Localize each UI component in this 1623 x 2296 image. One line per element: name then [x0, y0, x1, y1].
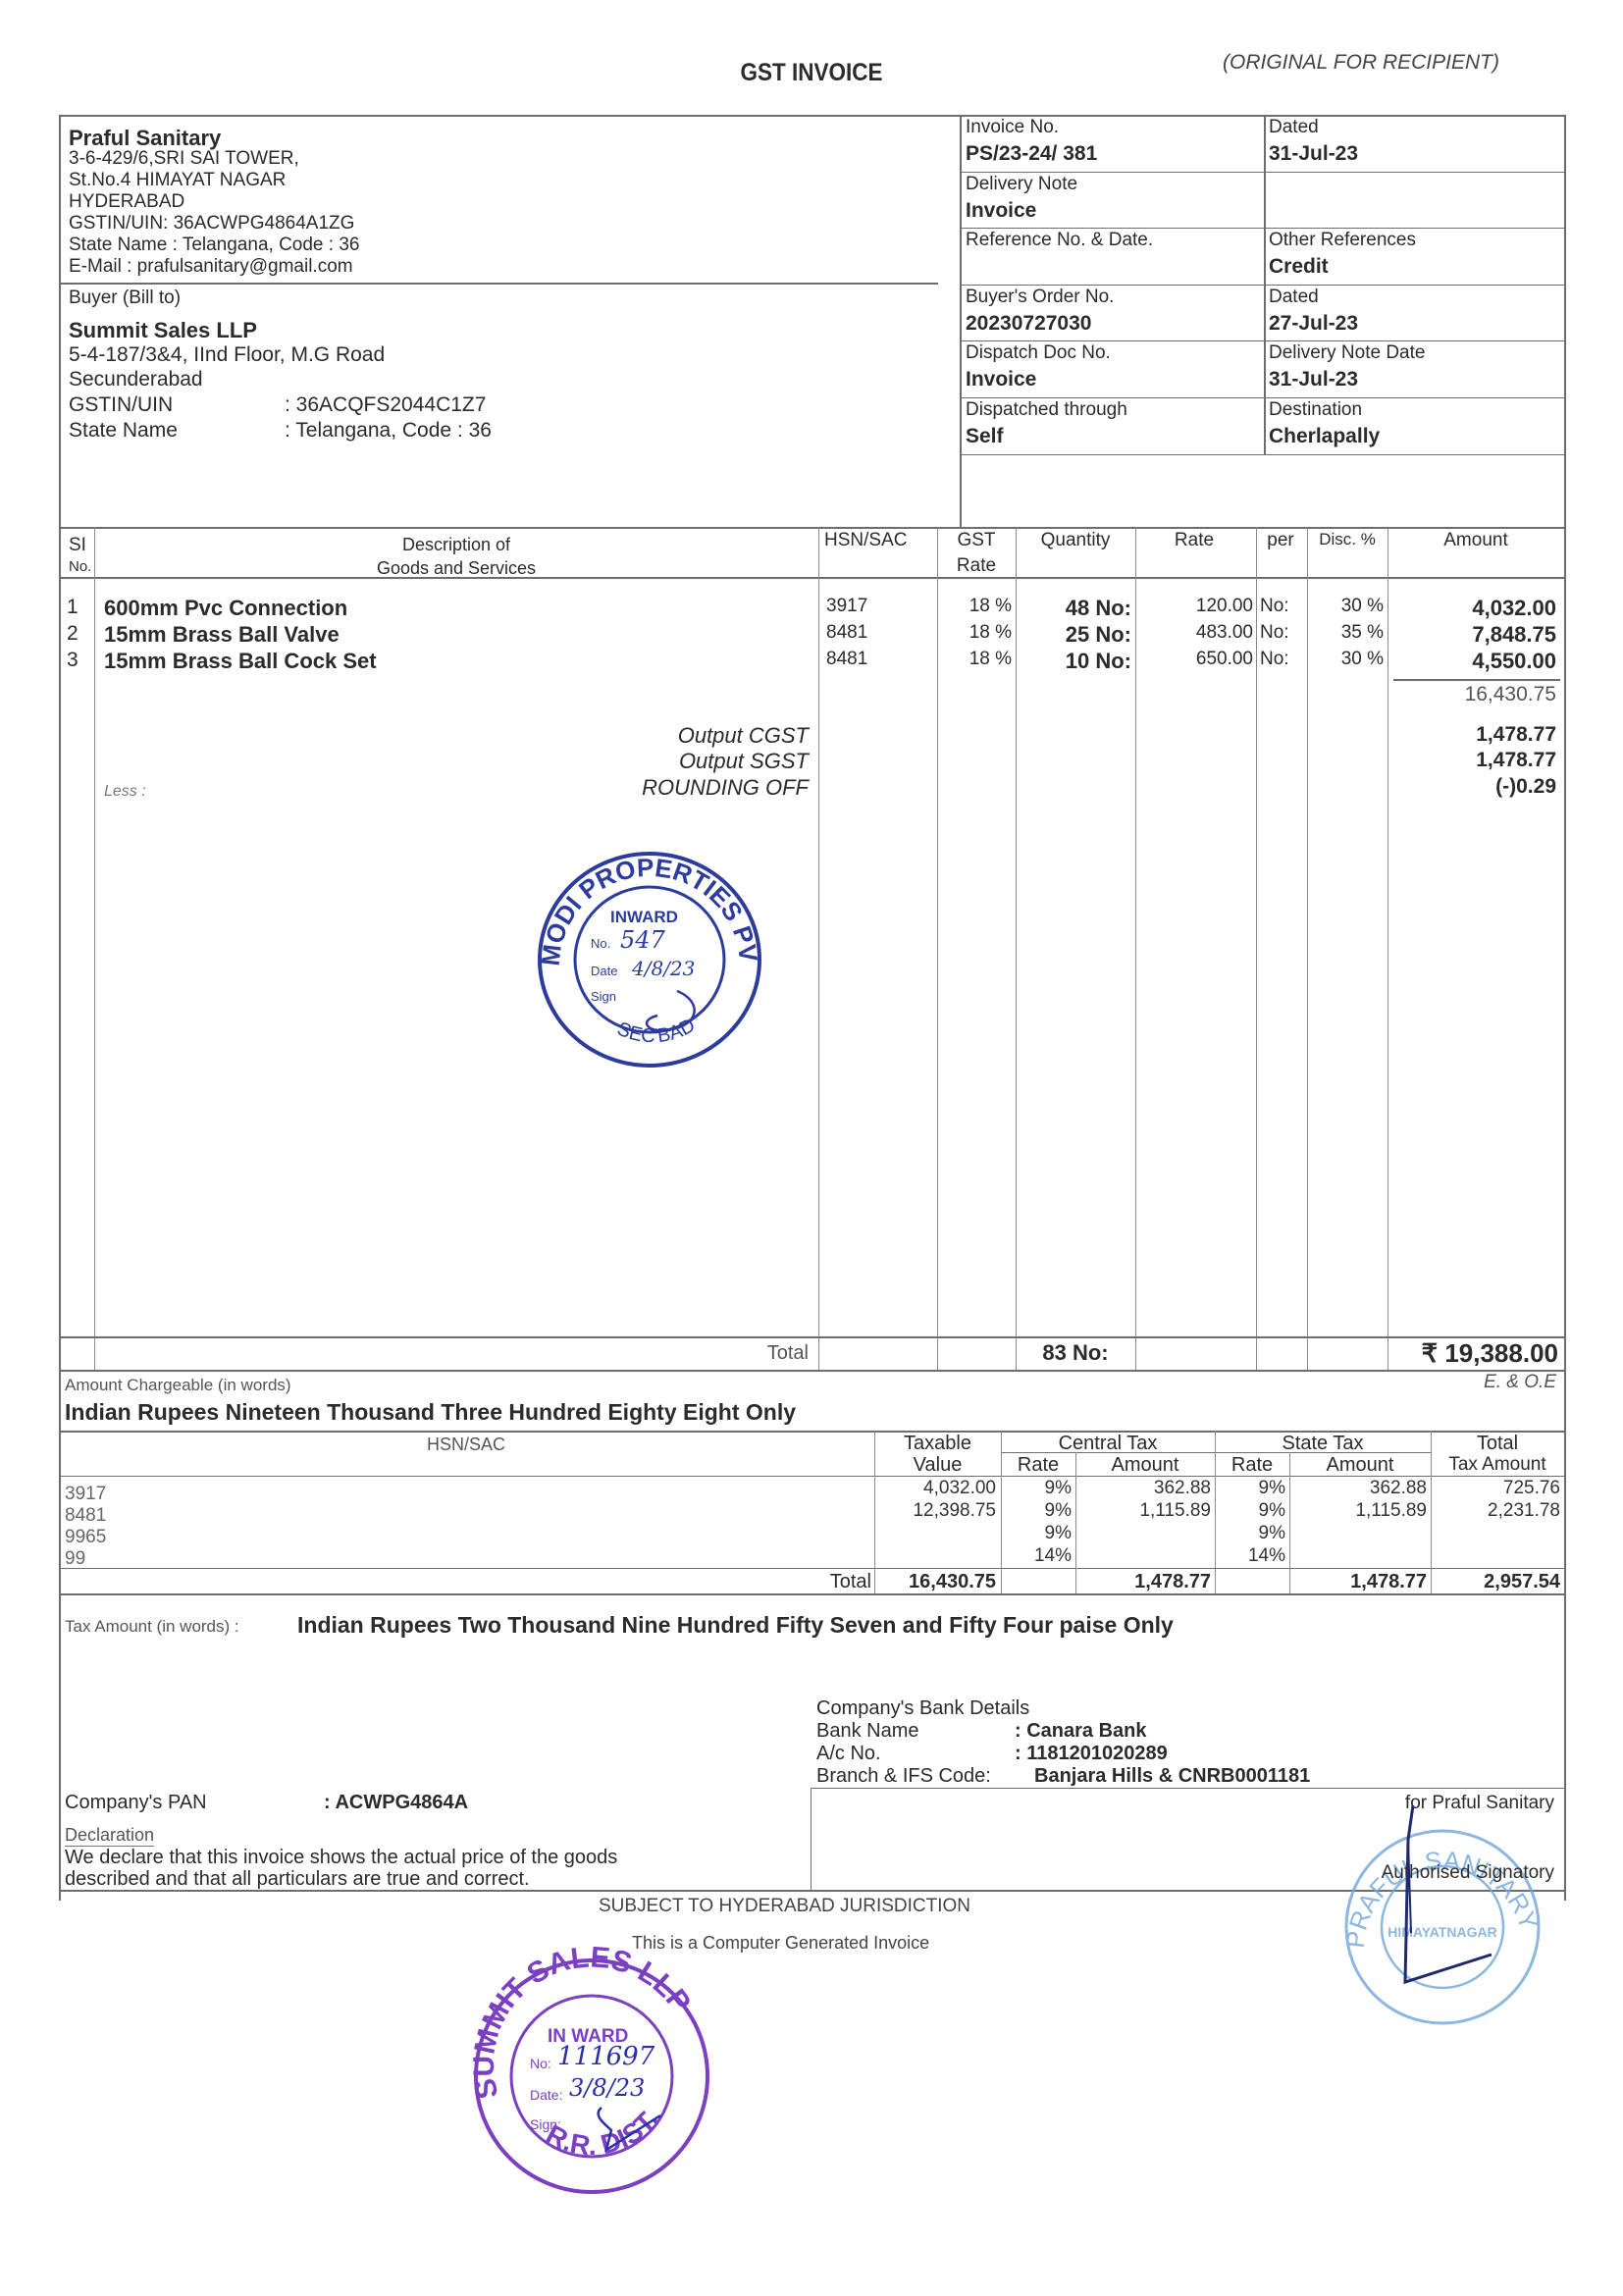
svg-text:3/8/23: 3/8/23 [569, 2074, 645, 2102]
cell-hsn: 8481 [826, 622, 924, 644]
tax-col-central: Central Tax [1001, 1433, 1215, 1455]
tax-col-taxable: Taxable [876, 1433, 999, 1455]
meta-row-divider [960, 228, 1565, 229]
tax-column-divider [874, 1431, 875, 1593]
output-cgst-label: Output CGST [393, 723, 809, 749]
svg-text:Sign: Sign [591, 989, 616, 1004]
svg-text:Date: Date [591, 964, 617, 978]
svg-text:4/8/23: 4/8/23 [631, 957, 695, 980]
tax-col-taxable-2: Value [876, 1454, 999, 1477]
jurisdiction: SUBJECT TO HYDERABAD JURISDICTION [599, 1896, 970, 1917]
svg-text:Sign:: Sign: [530, 2116, 561, 2132]
output-sgst-amount: 1,478.77 [1387, 749, 1556, 772]
tax-col-c-rate: Rate [1001, 1454, 1075, 1477]
meta-value: PS/23-24/ 381 [966, 142, 1097, 166]
tax-cell-s_amt: 362.88 [1289, 1478, 1427, 1499]
col-description-2: Goods and Services [94, 558, 818, 579]
cell-qty: 25 No: [1016, 622, 1131, 648]
meta-row-divider [960, 340, 1565, 341]
meta-label: Delivery Note [966, 174, 1077, 195]
buyer-label: Buyer (Bill to) [69, 287, 181, 309]
meta-row-divider [960, 397, 1565, 398]
amount-in-words: Indian Rupees Nineteen Thousand Three Hu… [65, 1399, 796, 1426]
meta-label-2: Dated [1269, 287, 1319, 308]
bank-title: Company's Bank Details [816, 1697, 1029, 1720]
tax-cell-c_rate: 9% [1001, 1478, 1072, 1499]
items-table-top [59, 527, 1565, 529]
items-column-divider [818, 527, 819, 1370]
tax-col-c-amount: Amount [1075, 1454, 1215, 1477]
meta-label: Invoice No. [966, 117, 1059, 138]
items-column-divider [1256, 527, 1257, 1370]
signature [1393, 1796, 1531, 1992]
buyer-gstin-label: GSTIN/UIN [69, 393, 173, 417]
pan-value: : ACWPG4864A [324, 1792, 468, 1814]
buyer-name: Summit Sales LLP [69, 318, 257, 343]
tax-in-words: Indian Rupees Two Thousand Nine Hundred … [297, 1612, 1174, 1639]
tax-total-taxable: 16,430.75 [876, 1571, 996, 1593]
frame-left [59, 115, 61, 1901]
tax-cell-s_rate: 9% [1215, 1478, 1285, 1499]
seller-address-2: St.No.4 HIMAYAT NAGAR [69, 170, 286, 191]
cell-gst: 18 % [937, 596, 1012, 617]
cell-per: No: [1260, 622, 1305, 644]
tax-cell-c_amt: 362.88 [1075, 1478, 1211, 1499]
meta-value-2: Credit [1269, 255, 1329, 279]
output-cgst-amount: 1,478.77 [1387, 723, 1556, 747]
buyer-state-value: : Telangana, Code : 36 [285, 419, 492, 443]
total-row-bottom [59, 1370, 1565, 1372]
pan-label: Company's PAN [65, 1792, 207, 1814]
meta-value: Invoice [966, 368, 1036, 391]
meta-row-divider [960, 285, 1565, 286]
total-label: Total [589, 1342, 809, 1365]
tax-cell-hsn: 99 [65, 1548, 183, 1570]
tax-cell-c_rate: 9% [1001, 1500, 1072, 1522]
tax-col-total-2: Tax Amount [1431, 1454, 1564, 1476]
tax-cell-s_rate: 9% [1215, 1523, 1285, 1544]
seller-state: State Name : Telangana, Code : 36 [69, 235, 359, 256]
cell-hsn: 3917 [826, 596, 924, 617]
cell-amount: 7,848.75 [1387, 622, 1556, 648]
buyer-state-label: State Name [69, 419, 178, 443]
col-sl-2: No. [69, 558, 91, 575]
amount-words-label: Amount Chargeable (in words) [65, 1376, 291, 1395]
output-sgst-label: Output SGST [393, 749, 809, 774]
tax-cell-c_rate: 14% [1001, 1545, 1072, 1567]
col-gst: GST [937, 530, 1016, 551]
items-column-divider [94, 527, 95, 1370]
cell-gst: 18 % [937, 622, 1012, 644]
declaration-line-1: We declare that this invoice shows the a… [65, 1847, 617, 1869]
buyer-address-2: Secunderabad [69, 368, 203, 391]
col-sl: SI [69, 535, 86, 556]
frame-top [59, 115, 1565, 117]
tax-total-top [59, 1568, 1565, 1569]
cell-sl: 2 [67, 622, 90, 646]
cell-qty: 10 No: [1016, 649, 1131, 674]
cell-sl: 1 [67, 596, 90, 619]
meta-value-2: 27-Jul-23 [1269, 312, 1358, 336]
cell-amount: 4,550.00 [1387, 649, 1556, 674]
cell-disc: 30 % [1307, 596, 1384, 617]
declaration-line-2: described and that all particulars are t… [65, 1868, 530, 1891]
cell-gst: 18 % [937, 649, 1012, 670]
meta-label-2: Delivery Note Date [1269, 342, 1425, 364]
meta-left-border [960, 115, 962, 527]
meta-label: Dispatched through [966, 399, 1127, 421]
tax-table-bottom [59, 1593, 1565, 1595]
svg-text:111697: 111697 [557, 2042, 655, 2071]
bank-name-value: : Canara Bank [1015, 1720, 1147, 1743]
col-amount: Amount [1387, 530, 1564, 551]
col-per: per [1256, 530, 1305, 551]
copy-label: (ORIGINAL FOR RECIPIENT) [1223, 51, 1499, 75]
meta-value: Self [966, 425, 1004, 448]
less-label: Less : [104, 783, 146, 801]
account-no-value: : 1181201020289 [1015, 1743, 1168, 1765]
branch-ifs-value: Banjara Hills & CNRB0001181 [1034, 1765, 1310, 1788]
tax-col-hsn: HSN/SAC [59, 1435, 873, 1455]
tax-cell-hsn: 8481 [65, 1505, 183, 1527]
cell-per: No: [1260, 649, 1305, 670]
tax-cell-c_rate: 9% [1001, 1523, 1072, 1544]
tax-total-central: 1,478.77 [1075, 1571, 1211, 1593]
svg-text:Date:: Date: [530, 2087, 562, 2103]
tax-words-label: Tax Amount (in words) : [65, 1617, 239, 1637]
rounding-off-label: ROUNDING OFF [393, 775, 809, 801]
total-quantity: 83 No: [1016, 1340, 1135, 1366]
col-description: Description of [94, 535, 818, 555]
svg-text:547: 547 [620, 926, 666, 954]
tax-total-state: 1,478.77 [1289, 1571, 1427, 1593]
col-hsn: HSN/SAC [824, 530, 907, 551]
meta-label-2: Destination [1269, 399, 1362, 421]
cell-rate: 120.00 [1135, 596, 1253, 617]
meta-value-2: 31-Jul-23 [1269, 142, 1358, 166]
tax-cell-c_amt: 1,115.89 [1075, 1500, 1211, 1522]
total-row-top [59, 1336, 1565, 1338]
cell-disc: 35 % [1307, 622, 1384, 644]
meta-value: 20230727030 [966, 312, 1091, 336]
meta-bottom-divider [960, 454, 1565, 455]
tax-cell-total: 725.76 [1431, 1478, 1560, 1499]
tax-cell-hsn: 3917 [65, 1484, 183, 1505]
tax-cell-taxable: 4,032.00 [876, 1478, 996, 1499]
cell-qty: 48 No: [1016, 596, 1131, 621]
cell-rate: 650.00 [1135, 649, 1253, 670]
buyer-address-1: 5-4-187/3&4, IInd Floor, M.G Road [69, 343, 385, 367]
cell-desc: 15mm Brass Ball Cock Set [104, 649, 791, 674]
cell-desc: 600mm Pvc Connection [104, 596, 791, 621]
declaration-title: Declaration [65, 1825, 154, 1847]
buyer-gstin-value: : 36ACQFS2044C1Z7 [285, 393, 486, 417]
seller-address-3: HYDERABAD [69, 191, 184, 213]
svg-text:INWARD: INWARD [610, 908, 678, 926]
frame-right [1564, 115, 1566, 1901]
seller-buyer-divider [59, 283, 938, 285]
meta-row-divider [960, 172, 1565, 173]
svg-text:R.R. DIST.: R.R. DIST. [542, 2105, 665, 2162]
tax-cell-s_amt: 1,115.89 [1289, 1500, 1427, 1522]
cell-amount: 4,032.00 [1387, 596, 1556, 621]
cell-desc: 15mm Brass Ball Valve [104, 622, 791, 648]
tax-total-amount: 2,957.54 [1431, 1571, 1560, 1593]
col-quantity: Quantity [1016, 530, 1135, 551]
meta-label: Dispatch Doc No. [966, 342, 1111, 364]
tax-col-total: Total [1431, 1433, 1564, 1455]
svg-text:No.: No. [591, 936, 610, 951]
svg-text:No:: No: [530, 2056, 551, 2071]
modi-properties-stamp: MODI PROPERTIES PVT. LTD. SEC'BAD INWARD… [530, 844, 765, 1070]
account-no-label: A/c No. [816, 1743, 881, 1765]
seller-email: E-Mail : prafulsanitary@gmail.com [69, 256, 353, 278]
cell-hsn: 8481 [826, 649, 924, 670]
meta-label-2: Dated [1269, 117, 1319, 138]
seller-gstin: GSTIN/UIN: 36ACWPG4864A1ZG [69, 213, 354, 235]
subtotal: 16,430.75 [1387, 683, 1556, 706]
eoe-label: E. & O.E [1374, 1372, 1556, 1393]
tax-cell-s_rate: 9% [1215, 1500, 1285, 1522]
bank-name-label: Bank Name [816, 1720, 919, 1743]
col-gst-2: Rate [937, 555, 1016, 577]
col-discount: Disc. % [1307, 530, 1387, 549]
branch-ifs-label: Branch & IFS Code: [816, 1765, 991, 1788]
cell-disc: 30 % [1307, 649, 1384, 670]
tax-cell-s_rate: 14% [1215, 1545, 1285, 1567]
meta-label: Buyer's Order No. [966, 287, 1114, 308]
meta-value-2: 31-Jul-23 [1269, 368, 1358, 391]
tax-cell-taxable: 12,398.75 [876, 1500, 996, 1522]
seller-address-1: 3-6-429/6,SRI SAI TOWER, [69, 149, 299, 169]
subtotal-rule [1393, 679, 1560, 681]
meta-value-2: Cherlapally [1269, 425, 1380, 448]
meta-value: Invoice [966, 199, 1036, 223]
grand-total: ₹ 19,388.00 [1387, 1338, 1558, 1369]
tax-col-state: State Tax [1215, 1433, 1431, 1455]
tax-col-s-rate: Rate [1215, 1454, 1289, 1477]
tax-total-label: Total [687, 1571, 871, 1593]
cell-sl: 3 [67, 649, 90, 672]
cell-per: No: [1260, 596, 1305, 617]
tax-col-s-amount: Amount [1289, 1454, 1431, 1477]
tax-cell-hsn: 9965 [65, 1527, 183, 1548]
cell-rate: 483.00 [1135, 622, 1253, 644]
col-rate: Rate [1135, 530, 1253, 551]
meta-label: Reference No. & Date. [966, 230, 1153, 251]
meta-label-2: Other References [1269, 230, 1416, 251]
rounding-off-amount: (-)0.29 [1387, 775, 1556, 799]
summit-sales-stamp: SUMMIT SALES LLP R.R. DIST. IN WARD No: … [459, 1939, 714, 2204]
tax-cell-total: 2,231.78 [1431, 1500, 1560, 1522]
